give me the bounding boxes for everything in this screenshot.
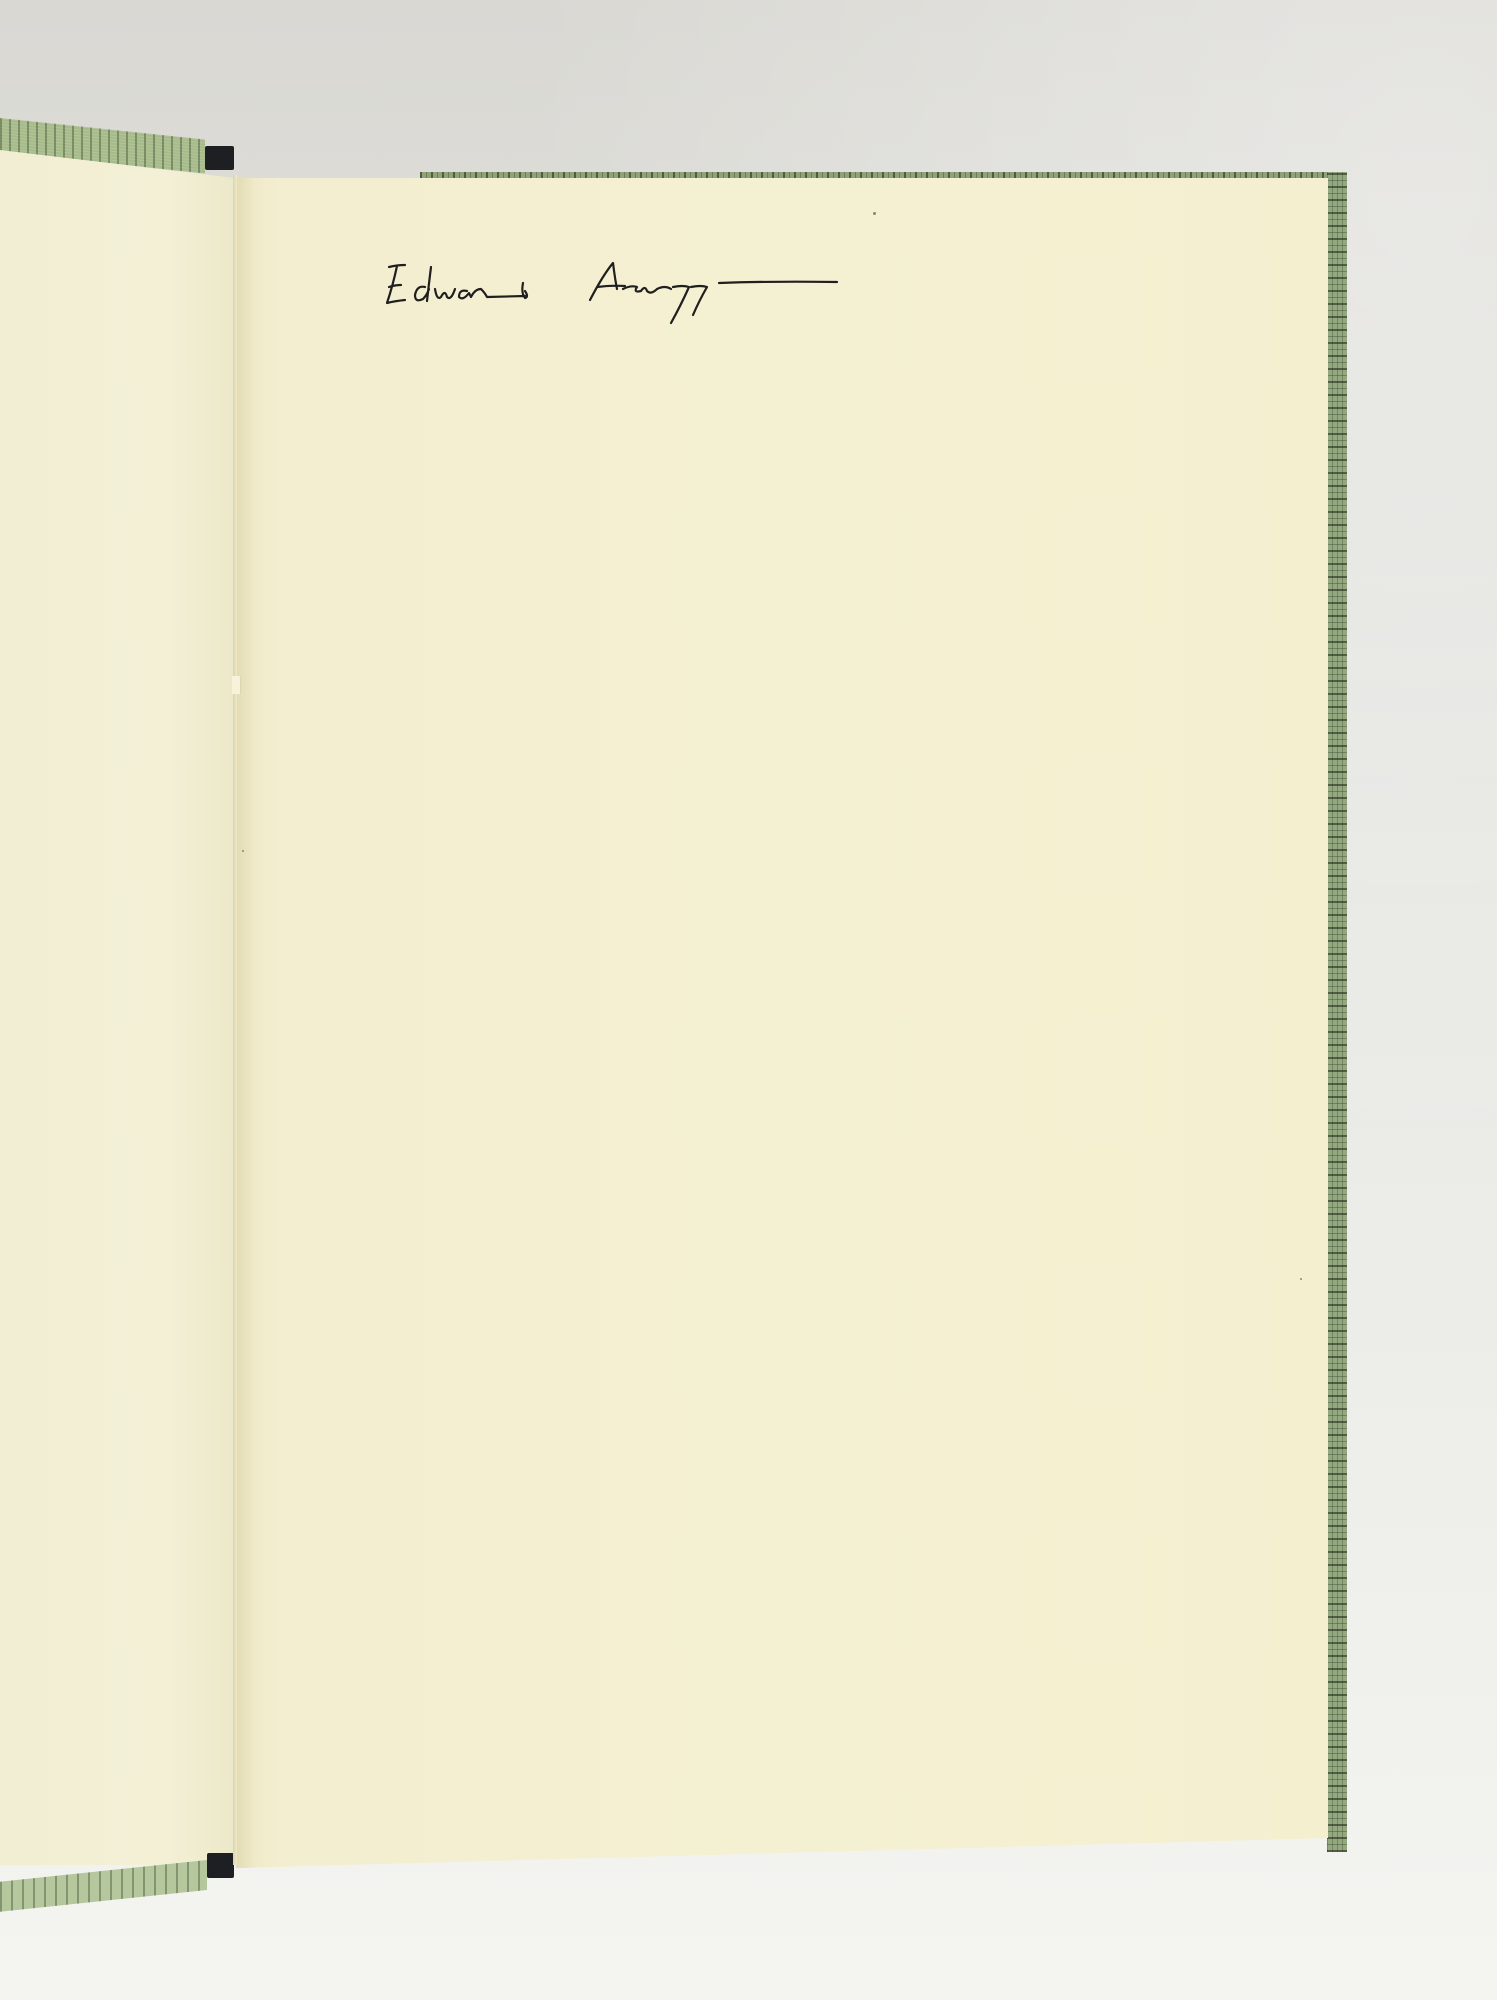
left-board-tailband bbox=[0, 1860, 207, 1912]
signature-ink bbox=[375, 245, 975, 335]
paper-speck bbox=[873, 212, 876, 215]
paper-speck bbox=[1300, 1278, 1302, 1280]
right-page-flyleaf bbox=[236, 178, 1328, 1868]
left-board-top-corner bbox=[205, 146, 234, 170]
author-signature: Edward Ardizzone bbox=[375, 245, 975, 335]
paper-speck bbox=[242, 850, 244, 852]
book-photo: Edward Ardizzone bbox=[0, 0, 1497, 2000]
left-board-bottom-corner bbox=[207, 1853, 234, 1878]
right-board-fore-edge bbox=[1327, 172, 1347, 1852]
book-gutter bbox=[233, 175, 237, 1865]
left-page-pastedown bbox=[0, 150, 235, 1865]
gutter-shadow bbox=[236, 178, 256, 1868]
page-edge-nick bbox=[232, 676, 241, 694]
